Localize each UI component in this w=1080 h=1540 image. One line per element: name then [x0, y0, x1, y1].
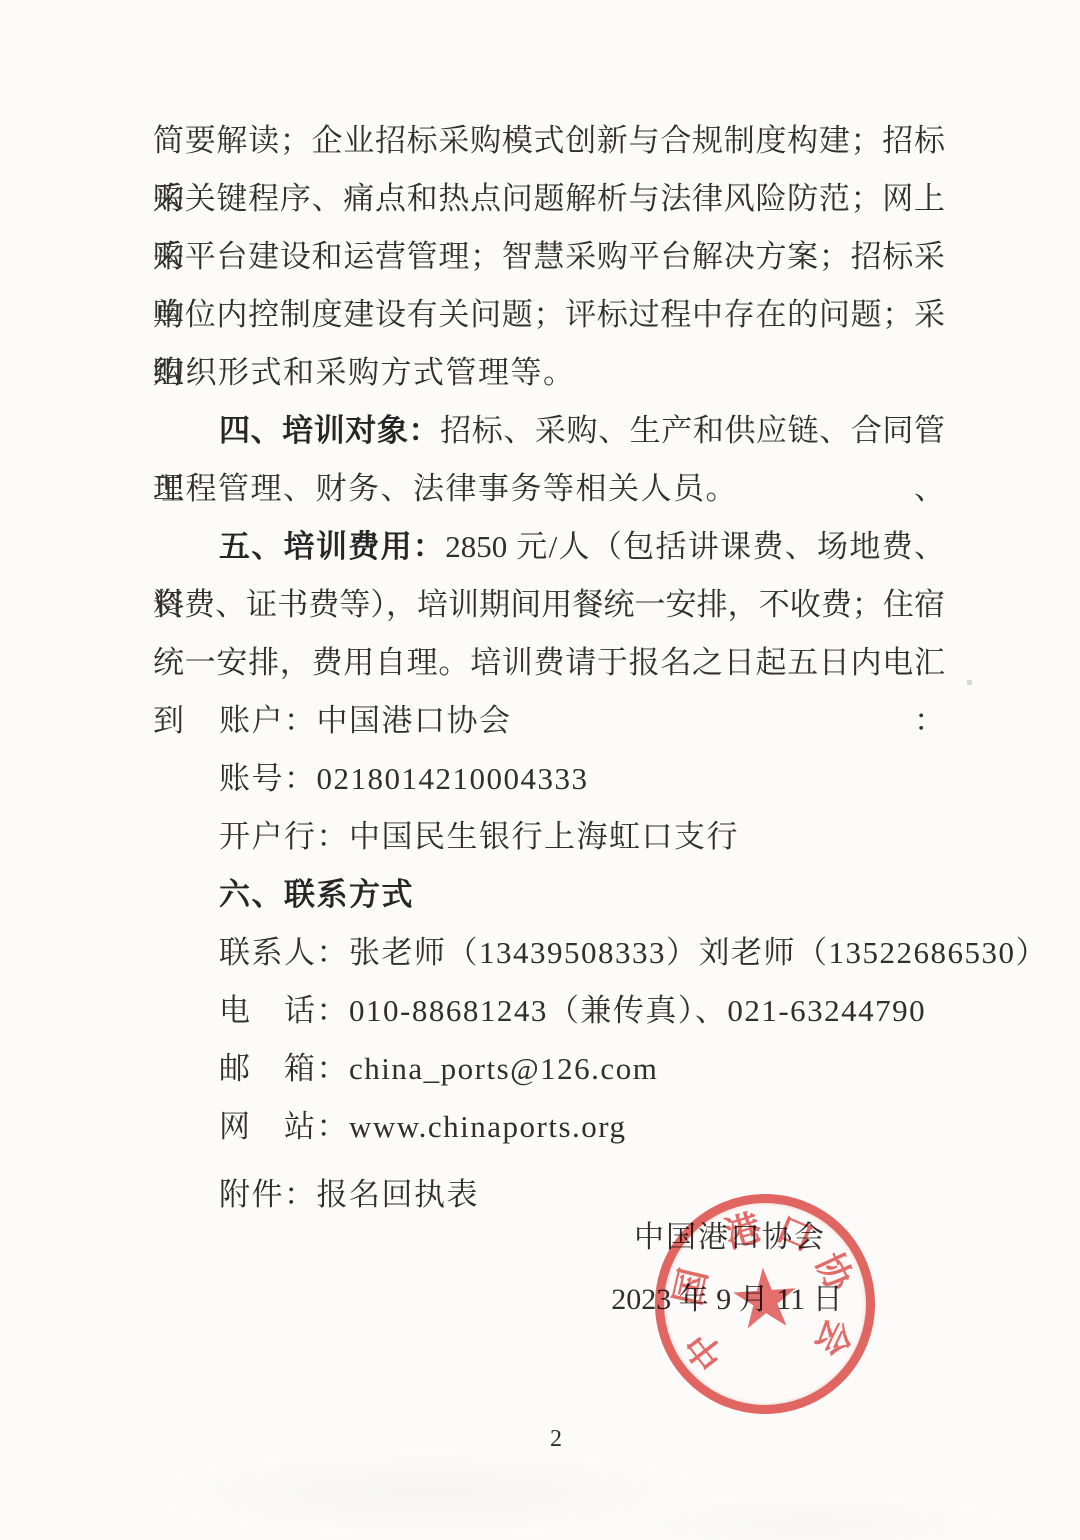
- para1-line3: 购平台建设和运营管理；智慧采购平台解决方案；招标采购: [153, 228, 945, 286]
- contact-website: 网 站：www.chinaports.org: [153, 1098, 945, 1156]
- contact-phone: 电 话：010-88681243（兼传真）、021-63244790: [153, 982, 945, 1040]
- section5-line3: 统一安排，费用自理。培训费请于报名之日起五日内电汇到：: [153, 634, 945, 692]
- section5-line1: 五、培训费用：2850 元/人（包括讲课费、场地费、资: [153, 518, 945, 576]
- scan-artifact: [967, 680, 972, 685]
- section4-heading: 四、培训对象：: [219, 413, 440, 448]
- seal-char: 国: [669, 1265, 712, 1308]
- document-body: 简要解读；企业招标采购模式创新与合规制度构建；招标采 购关键程序、痛点和热点问题…: [153, 112, 945, 1224]
- seal-star-icon: ★: [725, 1256, 804, 1343]
- document-page: 简要解读；企业招标采购模式创新与合规制度构建；招标采 购关键程序、痛点和热点问题…: [0, 0, 1080, 1540]
- section4-line1: 四、培训对象：招标、采购、生产和供应链、合同管理、: [153, 402, 945, 460]
- para1-line2: 购关键程序、痛点和热点问题解析与法律风险防范；网上采: [153, 170, 945, 228]
- official-seal-stamp: ★ 中 国 港 口 协 会: [655, 1194, 875, 1414]
- contact-person: 联系人：张老师（13439508333）刘老师（13522686530）: [153, 924, 945, 982]
- para1-line1: 简要解读；企业招标采购模式创新与合规制度构建；招标采: [153, 112, 945, 170]
- contact-email: 邮 箱：china_ports@126.com: [153, 1040, 945, 1098]
- account-bank: 开户行：中国民生银行上海虹口支行: [153, 808, 945, 866]
- account-number: 账号：0218014210004333: [153, 750, 945, 808]
- page-number: 2: [536, 1426, 576, 1453]
- section6-heading: 六、联系方式: [153, 866, 945, 924]
- section5-line2: 料费、证书费等），培训期间用餐统一安排，不收费；住宿: [153, 576, 945, 634]
- para1-line5: 组织形式和采购方式管理等。: [153, 344, 945, 402]
- section5-heading: 五、培训费用：: [219, 529, 445, 564]
- para1-line4: 单位内控制度建设有关问题；评标过程中存在的问题；采购: [153, 286, 945, 344]
